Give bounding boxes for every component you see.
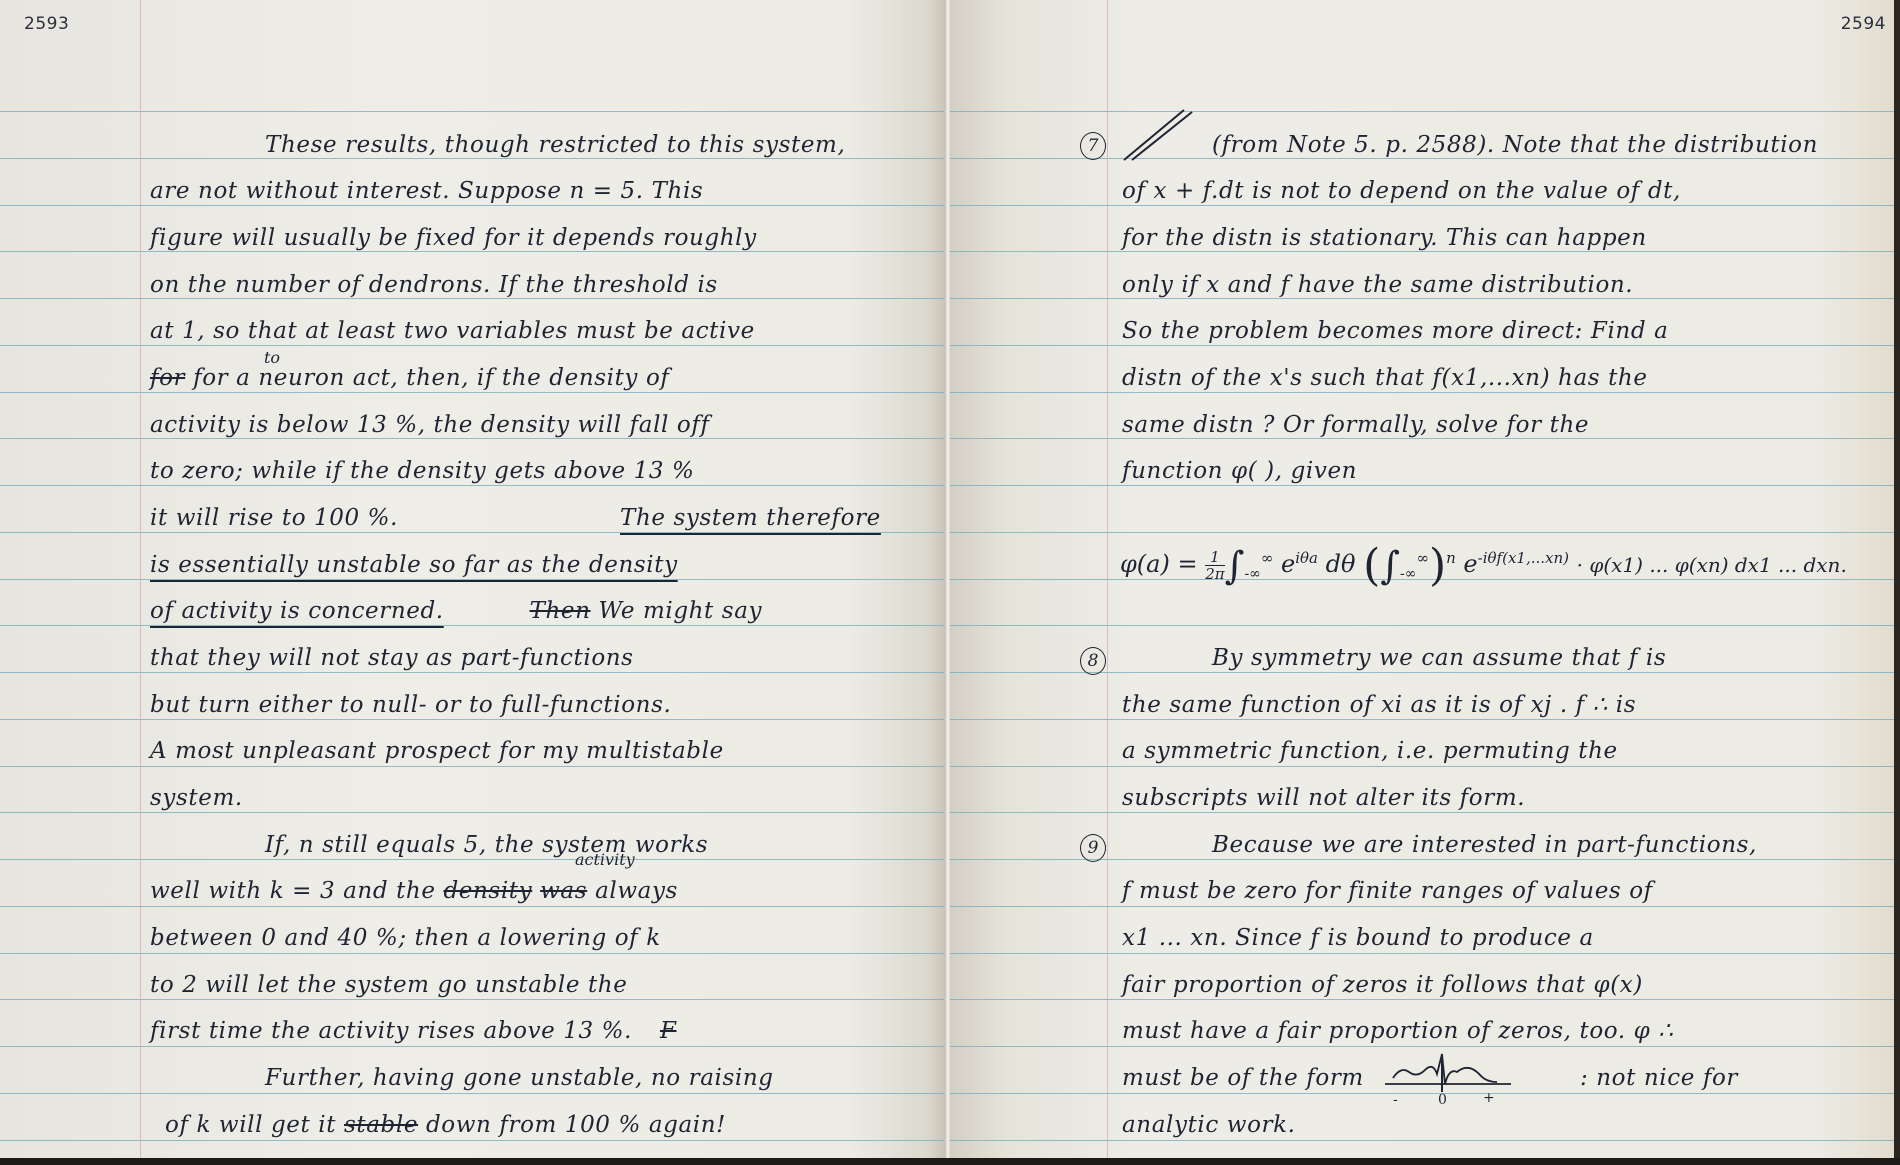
ruled-line — [0, 625, 945, 626]
text-line: must be of the form — [1122, 1067, 1364, 1090]
ruled-line — [950, 999, 1894, 1000]
underlined-text: The system therefore — [620, 507, 881, 530]
ruled-line — [0, 438, 945, 439]
ruled-line — [0, 1093, 945, 1094]
double-slash-mark — [1120, 104, 1200, 164]
ruled-line — [0, 345, 945, 346]
text-line: well with k = 3 and the density was alwa… — [150, 880, 678, 903]
text-line: If, n still equals 5, the system works — [265, 834, 708, 857]
sketch-label-minus: - — [1393, 1092, 1398, 1108]
text-line: So the problem becomes more direct: Find… — [1122, 320, 1668, 343]
ruled-line — [950, 812, 1894, 813]
page-number: 2593 — [24, 14, 69, 34]
text-line: system. — [150, 787, 243, 810]
text-line: it will rise to 100 %. — [150, 507, 398, 530]
ruled-line — [0, 485, 945, 486]
text-line: These results, though restricted to this… — [265, 134, 845, 157]
ruled-line — [0, 859, 945, 860]
ruled-line — [950, 392, 1894, 393]
margin-line — [140, 0, 141, 1160]
caret-insertion: to — [264, 348, 280, 367]
text-line: : not nice for — [1580, 1067, 1738, 1090]
ruled-line — [950, 953, 1894, 954]
margin-line — [1107, 0, 1108, 1160]
integral-sign: ∫ — [1380, 544, 1400, 588]
ruled-line — [0, 906, 945, 907]
text-line: analytic work. — [1122, 1114, 1296, 1137]
ruled-line — [950, 345, 1894, 346]
integral-sign: ∫ — [1225, 544, 1245, 588]
text-line: to zero; while if the density gets above… — [150, 460, 695, 483]
ruled-line — [0, 1140, 945, 1141]
sketch-label-zero: 0 — [1438, 1092, 1447, 1108]
ruled-line — [950, 1140, 1894, 1141]
left-page: 2593 These results, though restricted to… — [0, 0, 945, 1160]
text-line: (from Note 5. p. 2588). Note that the di… — [1212, 134, 1818, 157]
ruled-line — [950, 205, 1894, 206]
text-line: but turn either to null- or to full-func… — [150, 694, 671, 717]
ruled-line — [0, 999, 945, 1000]
ruled-line — [950, 1046, 1894, 1047]
formula: φ(a) = 1 2π ∫-∞∞ eiθa dθ (∫-∞∞)n e-iθf(x… — [1120, 540, 1847, 591]
ruled-line — [0, 1046, 945, 1047]
ruled-line — [0, 205, 945, 206]
text-line: activity is below 13 %, the density will… — [150, 414, 710, 437]
ruled-line — [950, 251, 1894, 252]
ruled-line — [950, 485, 1894, 486]
ruled-line — [0, 579, 945, 580]
ruled-line — [950, 906, 1894, 907]
text-line: Further, having gone unstable, no raisin… — [265, 1067, 774, 1090]
text-line: subscripts will not alter its form. — [1122, 787, 1525, 810]
ruled-line — [0, 158, 945, 159]
struck-word: was — [540, 878, 587, 904]
sketch-label-plus: + — [1483, 1090, 1495, 1106]
ruled-line — [0, 766, 945, 767]
text-line: figure will usually be fixed for it depe… — [150, 227, 757, 250]
text-line: of x + f.dt is not to depend on the valu… — [1122, 180, 1681, 203]
struck-word: Then — [530, 598, 591, 624]
ruled-line — [0, 298, 945, 299]
text-line: distn of the x's such that f(x1,...xn) h… — [1122, 367, 1648, 390]
text-line: only if x and f have the same distributi… — [1122, 274, 1633, 297]
text-line: on the number of dendrons. If the thresh… — [150, 274, 718, 297]
note-number-badge: 8 — [1080, 647, 1106, 675]
ruled-line — [950, 111, 1894, 112]
note-number-badge: 7 — [1080, 132, 1106, 160]
right-page: 2594 7 (from Note 5. p. 2588). Note that… — [950, 0, 1894, 1160]
text-line: fair proportion of zeros it follows that… — [1122, 974, 1643, 997]
struck-word: F — [660, 1018, 677, 1044]
ruled-line — [0, 392, 945, 393]
fraction: 1 2π — [1205, 549, 1224, 583]
text-line: of k will get it stable down from 100 % … — [165, 1114, 726, 1137]
text-line: between 0 and 40 %; then a lowering of k — [150, 927, 661, 950]
notebook-bottom-edge — [0, 1158, 1900, 1165]
text-line: the same function of xi as it is of xj .… — [1122, 694, 1636, 717]
struck-word: density — [443, 878, 532, 904]
text-line: to 2 will let the system go unstable the — [150, 974, 627, 997]
caret-insertion: activity — [575, 850, 635, 869]
underlined-text: is essentially unstable so far as the de… — [150, 554, 678, 577]
note-number-badge: 9 — [1080, 834, 1106, 862]
text-line: for for a neuron act, then, if the densi… — [150, 367, 670, 390]
ruled-line — [0, 812, 945, 813]
text-line: f must be zero for finite ranges of valu… — [1122, 880, 1653, 903]
notebook-spread: 2593 These results, though restricted to… — [0, 0, 1900, 1165]
ruled-line — [950, 438, 1894, 439]
ruled-line — [950, 625, 1894, 626]
text-line: a symmetric function, i.e. permuting the — [1122, 740, 1618, 763]
ruled-line — [0, 672, 945, 673]
ruled-line — [950, 532, 1894, 533]
ruled-line — [0, 719, 945, 720]
text-line: for the distn is stationary. This can ha… — [1122, 227, 1647, 250]
text-line: at 1, so that at least two variables mus… — [150, 320, 755, 343]
struck-word: stable — [344, 1112, 418, 1138]
text-line: must have a fair proportion of zeros, to… — [1122, 1020, 1674, 1043]
ruled-line — [950, 766, 1894, 767]
text-line: are not without interest. Suppose n = 5.… — [150, 180, 703, 203]
ruled-line — [950, 298, 1894, 299]
text-line: same distn ? Or formally, solve for the — [1122, 414, 1589, 437]
text-line: x1 ... xn. Since f is bound to produce a — [1122, 927, 1594, 950]
ruled-line — [0, 953, 945, 954]
struck-word: for — [150, 365, 185, 391]
text-line: function φ( ), given — [1122, 460, 1357, 483]
ruled-line — [0, 532, 945, 533]
text-line: Because we are interested in part-functi… — [1212, 834, 1757, 857]
text-line: By symmetry we can assume that f is — [1212, 647, 1666, 670]
ruled-line — [950, 719, 1894, 720]
text-line: first time the activity rises above 13 %… — [150, 1020, 677, 1043]
function-sketch — [1385, 1050, 1515, 1094]
ruled-line — [0, 251, 945, 252]
ruled-line — [0, 111, 945, 112]
text-line: A most unpleasant prospect for my multis… — [150, 740, 724, 763]
text-line: of activity is concerned. Then We might … — [150, 600, 762, 623]
text-line: that they will not stay as part-function… — [150, 647, 634, 670]
page-number: 2594 — [1841, 14, 1886, 34]
